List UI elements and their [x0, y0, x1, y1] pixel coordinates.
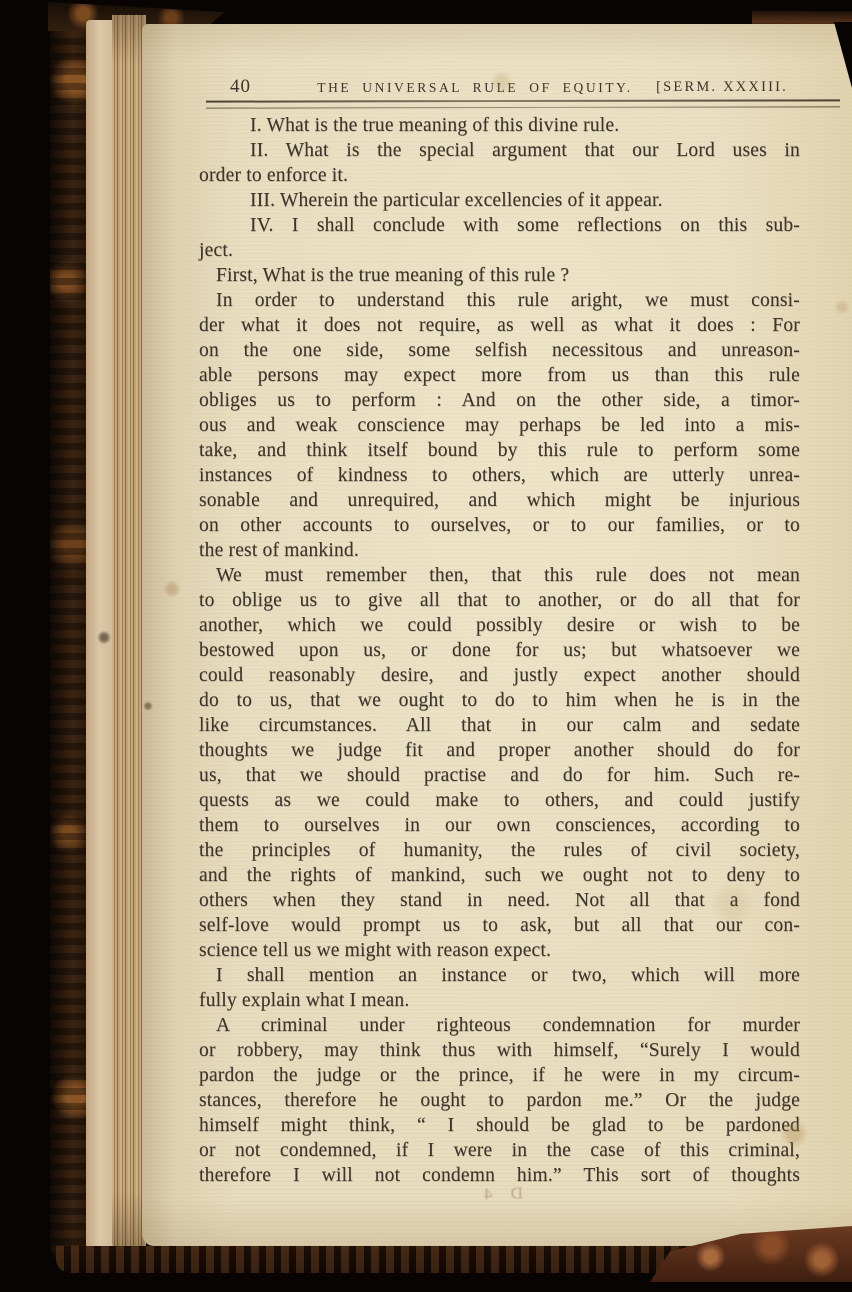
text-line: A criminal under righteous condemnation …	[199, 1013, 800, 1038]
text-line: himself might think, “ I should be glad …	[199, 1113, 800, 1138]
text-line: like circumstances. All that in our calm…	[199, 713, 800, 738]
text-line: stances, therefore he ought to pardon me…	[199, 1088, 800, 1113]
text-line: I shall mention an instance or two, whic…	[199, 963, 800, 988]
text-line: take, and think itself bound by this rul…	[199, 438, 800, 463]
show-through-signature-mark: D 4	[477, 1183, 524, 1204]
text-line: I. What is the true meaning of this divi…	[199, 113, 800, 138]
text-line: on the one side, some selfish necessitou…	[199, 338, 800, 363]
text-line: or not condemned, if I were in the case …	[199, 1138, 800, 1163]
text-line: First, What is the true meaning of this …	[199, 263, 800, 288]
text-line: IV. I shall conclude with some reflectio…	[199, 213, 800, 238]
text-line: ous and weak conscience may perhaps be l…	[199, 413, 800, 438]
text-line: fully explain what I mean.	[199, 988, 800, 1013]
text-line: them to ourselves in our own consciences…	[199, 813, 800, 838]
text-line: science tell us we might with reason exp…	[199, 938, 800, 963]
book-page: 40 THE UNIVERSAL RULE OF EQUITY. [SERM. …	[142, 24, 852, 1246]
text-block: I. What is the true meaning of this divi…	[199, 113, 800, 1188]
text-line: do to us, that we ought to do to him whe…	[199, 688, 800, 713]
photographed-book-scan: { "document": { "page_number": "40", "ru…	[0, 0, 852, 1292]
text-line: thoughts we judge fit and proper another…	[199, 738, 800, 763]
text-line: der what it does not require, as well as…	[199, 313, 800, 338]
text-line: or robbery, may think thus with himself,…	[199, 1038, 800, 1063]
text-line: pardon the judge or the prince, if he we…	[199, 1063, 800, 1088]
running-title: THE UNIVERSAL RULE OF EQUITY.	[305, 80, 645, 96]
text-line: obliges us to perform : And on the other…	[199, 388, 800, 413]
text-line: the principles of humanity, the rules of…	[199, 838, 800, 863]
text-line: and the rights of mankind, such we ought…	[199, 863, 800, 888]
text-line: III. Wherein the particular excellencies…	[199, 188, 800, 213]
text-line: sonable and unrequired, and which might …	[199, 488, 800, 513]
text-line: another, which we could possibly desire …	[199, 613, 800, 638]
text-line: could reasonably desire, and justly expe…	[199, 663, 800, 688]
text-line: the rest of mankind.	[199, 538, 800, 563]
page-stack-fore-edges	[112, 15, 146, 1252]
text-line: others when they stand in need. Not all …	[199, 888, 800, 913]
text-line: order to enforce it.	[199, 163, 800, 188]
text-line: on other accounts to ourselves, or to ou…	[199, 513, 800, 538]
text-line: self-love would prompt us to ask, but al…	[199, 913, 800, 938]
text-line: bestowed upon us, or done for us; but wh…	[199, 638, 800, 663]
text-line: instances of kindness to others, which a…	[199, 463, 800, 488]
header-rule-bottom	[206, 106, 840, 109]
text-line: quests as we could make to others, and c…	[199, 788, 800, 813]
text-line: us, that we should practise and do for h…	[199, 763, 800, 788]
text-line: In order to understand this rule aright,…	[199, 288, 800, 313]
text-line: We must remember then, that this rule do…	[199, 563, 800, 588]
page-number: 40	[230, 76, 251, 98]
sermon-reference: [SERM. XXXIII.	[656, 79, 788, 96]
text-line: able persons may expect more from us tha…	[199, 363, 800, 388]
text-line: ject.	[199, 238, 800, 263]
text-line: II. What is the special argument that ou…	[199, 138, 800, 163]
header-rule-top	[206, 99, 840, 103]
text-line: to oblige us to give all that to another…	[199, 588, 800, 613]
